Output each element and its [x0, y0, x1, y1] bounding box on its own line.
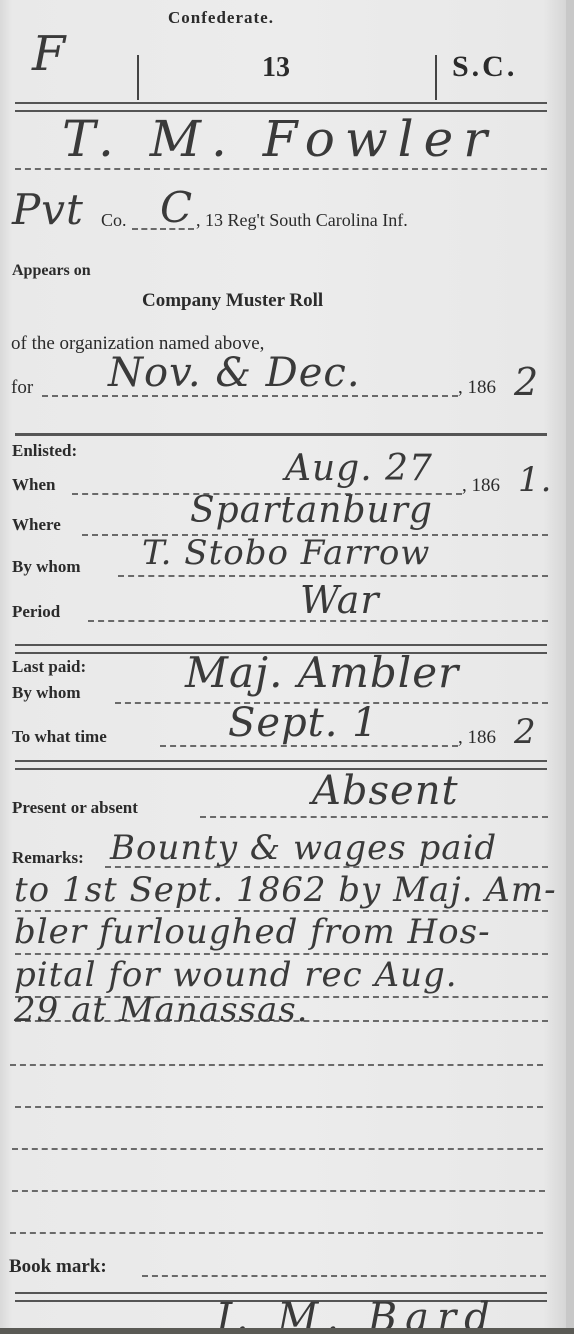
unit-text: , 13 Reg't South Carolina Inf. — [196, 210, 408, 231]
blank-line — [12, 1190, 545, 1192]
bottom-edge — [0, 1328, 574, 1334]
enlisted-by-whom-label: By whom — [12, 557, 80, 577]
last-paid-heading: Last paid: — [12, 657, 86, 677]
book-mark-label: Book mark: — [9, 1256, 107, 1278]
roll-title: Company Muster Roll — [142, 290, 323, 312]
regiment-number: 13 — [262, 52, 290, 84]
remarks-label: Remarks: — [12, 848, 84, 868]
enlisted-by-whom-line — [118, 575, 548, 577]
remarks-line-1: Bounty & wages paid — [110, 828, 497, 868]
company-label: Co. — [101, 210, 127, 231]
section-rule — [15, 433, 547, 436]
blank-line — [15, 1106, 543, 1108]
blank-line — [10, 1232, 543, 1234]
for-handwritten: Nov. & Dec. — [108, 350, 361, 396]
enlisted-heading: Enlisted: — [12, 441, 77, 461]
blank-line — [10, 1064, 543, 1066]
appears-on-label: Appears on — [12, 262, 91, 280]
to-what-time-label: To what time — [12, 727, 107, 747]
enlisted-where-handwritten: Spartanburg — [190, 490, 433, 531]
enlisted-year-digit-handwritten: 1. — [518, 460, 552, 500]
state-label: S.C. — [452, 50, 517, 84]
enlisted-when-label: When — [12, 475, 55, 495]
enlisted-year-prefix: , 186 — [462, 475, 500, 497]
enlisted-period-handwritten: War — [300, 578, 380, 622]
roll-year-prefix: , 186 — [458, 377, 496, 399]
soldier-name-handwritten: T. M. Fowler — [62, 110, 497, 168]
last-paid-by-whom-handwritten: Maj. Ambler — [185, 648, 459, 697]
book-mark-line — [142, 1275, 546, 1277]
enlisted-where-label: Where — [12, 515, 61, 535]
rank-handwritten: Pvt — [12, 185, 84, 234]
roll-year-digit-handwritten: 2 — [514, 360, 539, 404]
remarks-line-2: to 1st Sept. 1862 by Maj. Am- — [14, 870, 557, 910]
enlisted-by-whom-handwritten: T. Stobo Farrow — [142, 533, 430, 573]
remarks-line-3: bler furloughed from Hos- — [14, 912, 491, 952]
blank-line — [12, 1148, 543, 1150]
present-or-absent-handwritten: Absent — [312, 768, 459, 814]
to-what-time-handwritten: Sept. 1 — [228, 700, 379, 746]
card-edge — [566, 0, 574, 1334]
last-paid-year-digit-handwritten: 2 — [514, 712, 537, 752]
section-rule — [15, 760, 547, 770]
remarks-line-4: pital for wound rec Aug. — [14, 955, 458, 995]
name-line — [15, 168, 547, 170]
for-label: for — [11, 377, 33, 399]
header-divider — [137, 55, 139, 100]
remarks-line-5: 29 at Manassas. — [14, 990, 309, 1030]
header-divider — [435, 55, 437, 100]
side-label: Confederate. — [168, 8, 274, 28]
last-paid-year-prefix: , 186 — [458, 727, 496, 749]
present-or-absent-line — [200, 816, 548, 818]
present-or-absent-label: Present or absent — [12, 798, 138, 818]
last-paid-by-whom-label: By whom — [12, 683, 80, 703]
enlisted-period-label: Period — [12, 602, 60, 622]
enlisted-when-handwritten: Aug. 27 — [285, 448, 433, 489]
file-letter-handwritten: F — [32, 26, 66, 82]
company-handwritten: C — [160, 183, 193, 232]
